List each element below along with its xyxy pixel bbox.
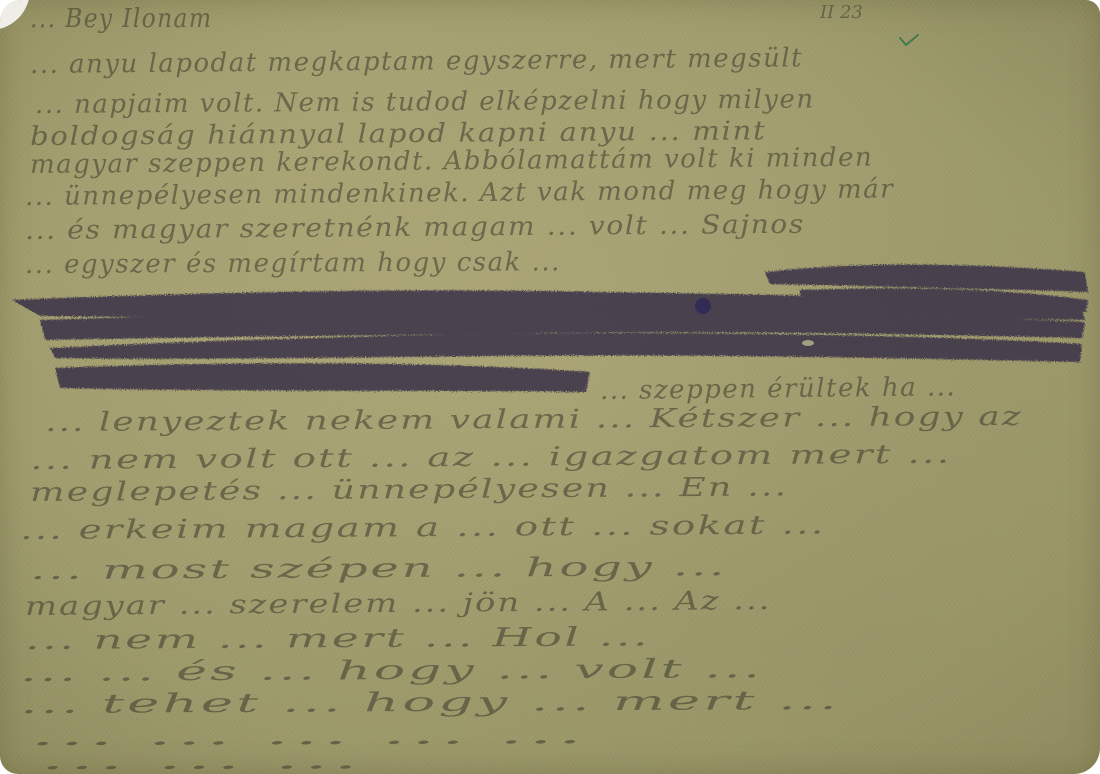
date-mark: II 23 — [820, 2, 863, 23]
handwritten-line: ... lenyeztek nekem valami ... Kétszer .… — [45, 402, 1023, 438]
handwritten-line: meglepetés ... ünnepélyesen ... En ... — [30, 472, 789, 508]
check-mark-icon — [898, 32, 920, 48]
handwritten-line: ... nem volt ott ... az ... igazgatom me… — [30, 440, 952, 476]
postcard: II 23 ... Bey Ilonam ... anyu lapodat me… — [0, 0, 1100, 774]
handwritten-line: ... ... és ... hogy ... volt ... — [20, 654, 763, 688]
handwritten-line: magyar ... szerelem ... jön ... A ... Az… — [25, 586, 772, 622]
handwritten-line: ... és magyar szeretnénk magam ... volt … — [25, 210, 805, 246]
handwritten-line: ... szeppen érültek ha ... — [600, 372, 957, 406]
handwritten-line: ... tehet ... hogy ... mert ... — [20, 686, 840, 720]
handwritten-line: ... egyszer és megírtam hogy csak ... — [25, 247, 561, 280]
handwritten-line: ... ... ... — [40, 745, 363, 774]
handwritten-line: ... most szépen ... hogy ... — [30, 552, 728, 586]
handwritten-line: ... Bey Ilonam — [30, 4, 212, 34]
handwritten-line: ... erkeim magam a ... ott ... sokat ... — [20, 510, 826, 546]
handwritten-line: ... ünnepélyesen mindenkinek. Azt vak mo… — [25, 174, 894, 212]
handwritten-line: ... nem ... mert ... Hol ... — [25, 622, 650, 656]
handwritten-line: ... napjaim volt. Nem is tudod elképzeln… — [35, 85, 815, 120]
handwritten-line: magyar szeppen kerekondt. Abbólamattám v… — [30, 143, 873, 180]
torn-corner — [0, 0, 30, 30]
handwritten-line: ... anyu lapodat megkaptam egyszerre, me… — [30, 43, 803, 80]
